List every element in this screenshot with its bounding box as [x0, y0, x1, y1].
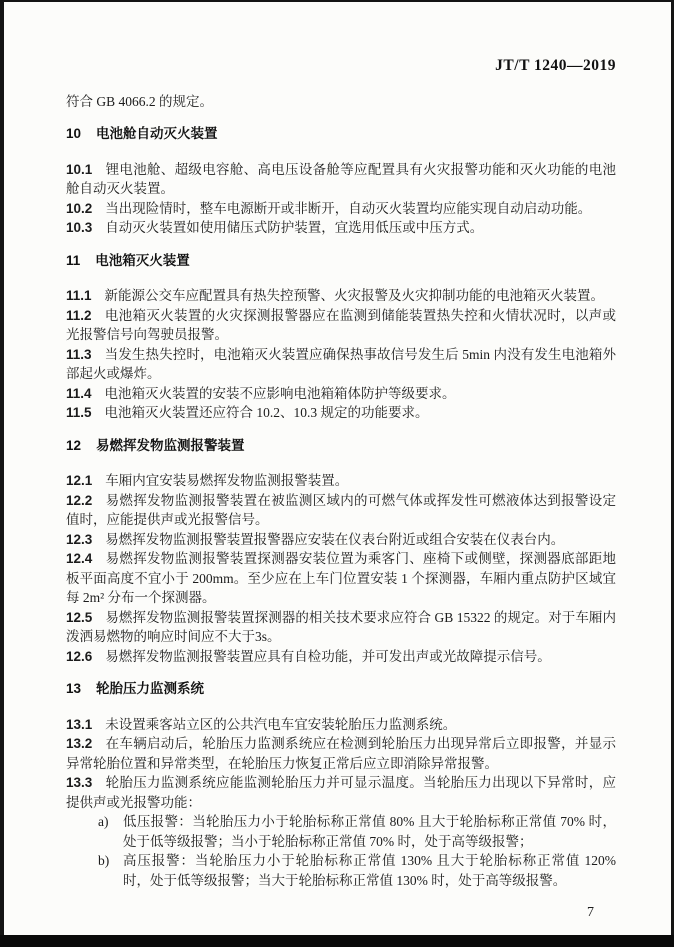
clause-number: 10.3: [66, 220, 92, 235]
clause-text: 易燃挥发物监测报警装置探测器安装位置为乘客门、座椅下或侧壁，探测器底部距地板平面…: [66, 551, 616, 605]
section-heading-11: 11电池箱灭火装置: [66, 251, 616, 271]
section-title: 易燃挥发物监测报警装置: [96, 438, 245, 453]
clause-13-1: 13.1未设置乘客站立区的公共汽电车宜安装轮胎压力监测系统。: [66, 715, 616, 735]
list-marker: a): [98, 812, 123, 851]
clause-12-6: 12.6易燃挥发物监测报警装置应具有自检功能，并可发出声或光故障提示信号。: [66, 647, 616, 667]
clause-11-4: 11.4电池箱灭火装置的安装不应影响电池箱箱体防护等级要求。: [66, 384, 616, 404]
clause-13-3: 13.3轮胎压力监测系统应能监测轮胎压力并可显示温度。当轮胎压力出现以下异常时，…: [66, 773, 616, 812]
clause-number: 11.5: [66, 405, 92, 420]
clause-11-5: 11.5电池箱灭火装置还应符合 10.2、10.3 规定的功能要求。: [66, 403, 616, 423]
clause-text: 电池箱灭火装置还应符合 10.2、10.3 规定的功能要求。: [105, 405, 429, 420]
clause-12-4: 12.4易燃挥发物监测报警装置探测器安装位置为乘客门、座椅下或侧壁，探测器底部距…: [66, 549, 616, 608]
clause-text: 轮胎压力监测系统应能监测轮胎压力并可显示温度。当轮胎压力出现以下异常时，应提供声…: [66, 775, 616, 810]
clause-number: 12.1: [66, 473, 92, 488]
clause-number: 13.1: [66, 717, 92, 732]
clause-text: 新能源公交车应配置具有热失控预警、火灾报警及火灾抑制功能的电池箱灭火装置。: [105, 288, 605, 303]
clause-10-2: 10.2当出现险情时，整车电源断开或非断开，自动灭火装置均应能实现自动启动功能。: [66, 199, 616, 219]
list-item-a: a) 低压报警：当轮胎压力小于轮胎标称正常值 80% 且大于轮胎标称正常值 70…: [66, 812, 616, 851]
clause-number: 13.2: [66, 736, 92, 751]
clause-11-3: 11.3当发生热失控时，电池箱灭火装置应确保热事故信号发生后 5min 内没有发…: [66, 345, 616, 384]
section-heading-12: 12易燃挥发物监测报警装置: [66, 436, 616, 456]
clause-text: 易燃挥发物监测报警装置在被监测区域内的可燃气体或挥发性可燃液体达到报警设定值时，…: [66, 493, 616, 528]
clause-number: 11.2: [66, 308, 92, 323]
standard-number: JT/T 1240—2019: [495, 57, 616, 74]
clause-text: 当出现险情时，整车电源断开或非断开，自动灭火装置均应能实现自动启动功能。: [105, 201, 591, 216]
clause-11-2: 11.2电池箱灭火装置的火灾探测报警器应在监测到储能装置热失控和火情状况时，以声…: [66, 306, 616, 345]
section-number: 10: [66, 126, 81, 141]
clause-10-1: 10.1锂电池舱、超级电容舱、高电压设备舱等应配置具有火灾报警功能和灭火功能的电…: [66, 160, 616, 199]
list-item-b: b) 高压报警：当轮胎压力小于轮胎标称正常值 130% 且大于轮胎标称正常值 1…: [66, 851, 616, 890]
clause-13-2: 13.2在车辆启动后，轮胎压力监测系统应在检测到轮胎压力出现异常后立即报警，并显…: [66, 734, 616, 773]
clause-text: 车厢内宜安装易燃挥发物监测报警装置。: [105, 473, 348, 488]
clause-number: 12.6: [66, 649, 92, 664]
page-footer: 7: [66, 903, 616, 923]
clause-number: 11.4: [66, 386, 92, 401]
clause-text: 未设置乘客站立区的公共汽电车宜安装轮胎压力监测系统。: [105, 717, 456, 732]
section-title: 电池舱自动灭火装置: [96, 126, 218, 141]
clause-12-3: 12.3易燃挥发物监测报警装置报警器应安装在仪表台附近或组合安装在仪表台内。: [66, 530, 616, 550]
clause-12-5: 12.5易燃挥发物监测报警装置探测器的相关技术要求应符合 GB 15322 的规…: [66, 608, 616, 647]
clause-text: 易燃挥发物监测报警装置应具有自检功能，并可发出声或光故障提示信号。: [105, 649, 551, 664]
section-number: 13: [66, 681, 81, 696]
clause-number: 12.5: [66, 610, 92, 625]
scan-edge-bottom: [0, 935, 674, 947]
clause-11-1: 11.1新能源公交车应配置具有热失控预警、火灾报警及火灾抑制功能的电池箱灭火装置…: [66, 286, 616, 306]
clause-text: 在车辆启动后，轮胎压力监测系统应在检测到轮胎压力出现异常后立即报警，并显示异常轮…: [66, 736, 616, 771]
clause-number: 10.1: [66, 162, 92, 177]
clause-number: 12.2: [66, 493, 92, 508]
list-marker: b): [98, 851, 123, 890]
section-number: 12: [66, 438, 81, 453]
clause-10-3: 10.3自动灭火装置如使用储压式防护装置，宜选用低压或中压方式。: [66, 218, 616, 238]
page-number: 7: [587, 905, 594, 920]
clause-text: 锂电池舱、超级电容舱、高电压设备舱等应配置具有火灾报警功能和灭火功能的电池舱自动…: [66, 162, 616, 197]
clause-number: 12.4: [66, 551, 92, 566]
page-content: JT/T 1240—2019 符合 GB 4066.2 的规定。 10电池舱自动…: [66, 0, 616, 923]
running-header: JT/T 1240—2019: [66, 56, 616, 76]
section-heading-10: 10电池舱自动灭火装置: [66, 124, 616, 144]
section-title: 电池箱灭火装置: [95, 253, 190, 268]
clause-number: 10.2: [66, 201, 92, 216]
clause-text: 易燃挥发物监测报警装置探测器的相关技术要求应符合 GB 15322 的规定。对于…: [66, 610, 616, 645]
list-text: 低压报警：当轮胎压力小于轮胎标称正常值 80% 且大于轮胎标称正常值 70% 时…: [123, 812, 616, 851]
scanned-page: JT/T 1240—2019 符合 GB 4066.2 的规定。 10电池舱自动…: [0, 0, 674, 947]
clause-text: 自动灭火装置如使用储压式防护装置，宜选用低压或中压方式。: [105, 220, 483, 235]
clause-number: 11.1: [66, 288, 92, 303]
clause-text: 电池箱灭火装置的火灾探测报警器应在监测到储能装置热失控和火情状况时，以声或光报警…: [66, 308, 616, 343]
clause-number: 13.3: [66, 775, 92, 790]
intro-paragraph: 符合 GB 4066.2 的规定。: [66, 92, 616, 112]
clause-12-1: 12.1车厢内宜安装易燃挥发物监测报警装置。: [66, 471, 616, 491]
list-text: 高压报警：当轮胎压力小于轮胎标称正常值 130% 且大于轮胎标称正常值 120%…: [123, 851, 616, 890]
clause-text: 易燃挥发物监测报警装置报警器应安装在仪表台附近或组合安装在仪表台内。: [105, 532, 564, 547]
clause-number: 11.3: [66, 347, 92, 362]
clause-text: 当发生热失控时，电池箱灭火装置应确保热事故信号发生后 5min 内没有发生电池箱…: [66, 347, 616, 382]
clause-number: 12.3: [66, 532, 92, 547]
clause-text: 电池箱灭火装置的安装不应影响电池箱箱体防护等级要求。: [105, 386, 456, 401]
section-heading-13: 13轮胎压力监测系统: [66, 679, 616, 699]
section-number: 11: [66, 253, 80, 268]
clause-12-2: 12.2易燃挥发物监测报警装置在被监测区域内的可燃气体或挥发性可燃液体达到报警设…: [66, 491, 616, 530]
scan-edge-left: [0, 0, 4, 947]
section-title: 轮胎压力监测系统: [96, 681, 204, 696]
